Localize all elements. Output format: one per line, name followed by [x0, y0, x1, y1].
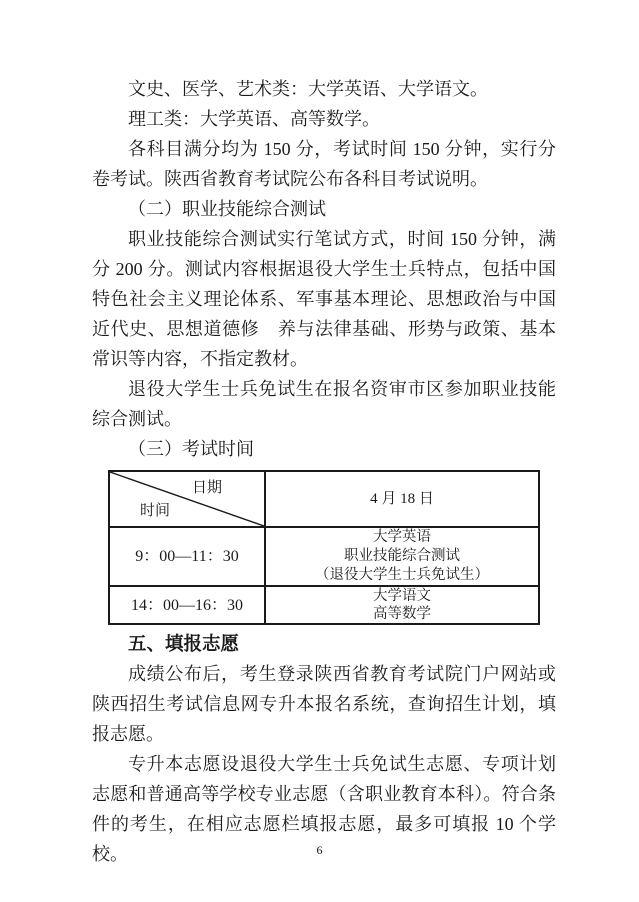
subject-line: （退役大学生士兵免试生） — [266, 566, 538, 585]
paragraph-score-rules: 各科目满分均为 150 分，考试时间 150 分钟，实行分卷考试。陕西省教育考试… — [92, 134, 556, 194]
afternoon-time-cell: 14：00—16：30 — [109, 586, 265, 624]
corner-date-label: 日期 — [192, 479, 222, 498]
paragraph-veteran-exempt: 退役大学生士兵免试生在报名资审市区参加职业技能综合测试。 — [92, 374, 556, 434]
heading-fill-volunteer: 五、填报志愿 — [92, 629, 556, 659]
document-page: 文史、医学、艺术类：大学英语、大学语文。 理工类：大学英语、高等数学。 各科目满… — [0, 0, 639, 902]
corner-time-label: 时间 — [140, 502, 170, 521]
subject-line: 职业技能综合测试 — [266, 547, 538, 566]
afternoon-subjects-cell: 大学语文 高等数学 — [265, 586, 539, 624]
page-number: 6 — [0, 843, 639, 857]
morning-time-cell: 9：00—11：30 — [109, 527, 265, 586]
subject-line: 大学英语 — [266, 528, 538, 547]
table-row-afternoon: 14：00—16：30 大学语文 高等数学 — [109, 586, 539, 624]
diagonal-divider-line — [110, 472, 264, 526]
paragraph-skill-test-details: 职业技能综合测试实行笔试方式，时间 150 分钟，满分 200 分。测试内容根据… — [92, 224, 556, 374]
document-content: 文史、医学、艺术类：大学英语、大学语文。 理工类：大学英语、高等数学。 各科目满… — [92, 74, 556, 869]
paragraph-arts-subjects: 文史、医学、艺术类：大学英语、大学语文。 — [92, 74, 556, 104]
subheading-skill-test: （二）职业技能综合测试 — [92, 194, 556, 224]
date-header-cell: 4 月 18 日 — [265, 471, 539, 527]
subheading-exam-time: （三）考试时间 — [92, 434, 556, 464]
table-header-row: 日期 时间 4 月 18 日 — [109, 471, 539, 527]
morning-subjects-cell: 大学英语 职业技能综合测试 （退役大学生士兵免试生） — [265, 527, 539, 586]
subject-line: 高等数学 — [266, 605, 538, 623]
paragraph-science-subjects: 理工类：大学英语、高等数学。 — [92, 104, 556, 134]
exam-schedule-table: 日期 时间 4 月 18 日 9：00—11：30 大学英语 职业技能综合测试 … — [108, 470, 540, 625]
table-row-morning: 9：00—11：30 大学英语 职业技能综合测试 （退役大学生士兵免试生） — [109, 527, 539, 586]
paragraph-volunteer-lookup: 成绩公布后，考生登录陕西省教育考试院门户网站或陕西招生考试信息网专升本报名系统，… — [92, 659, 556, 749]
subject-line: 大学语文 — [266, 587, 538, 605]
diagonal-header-cell: 日期 时间 — [109, 471, 265, 527]
